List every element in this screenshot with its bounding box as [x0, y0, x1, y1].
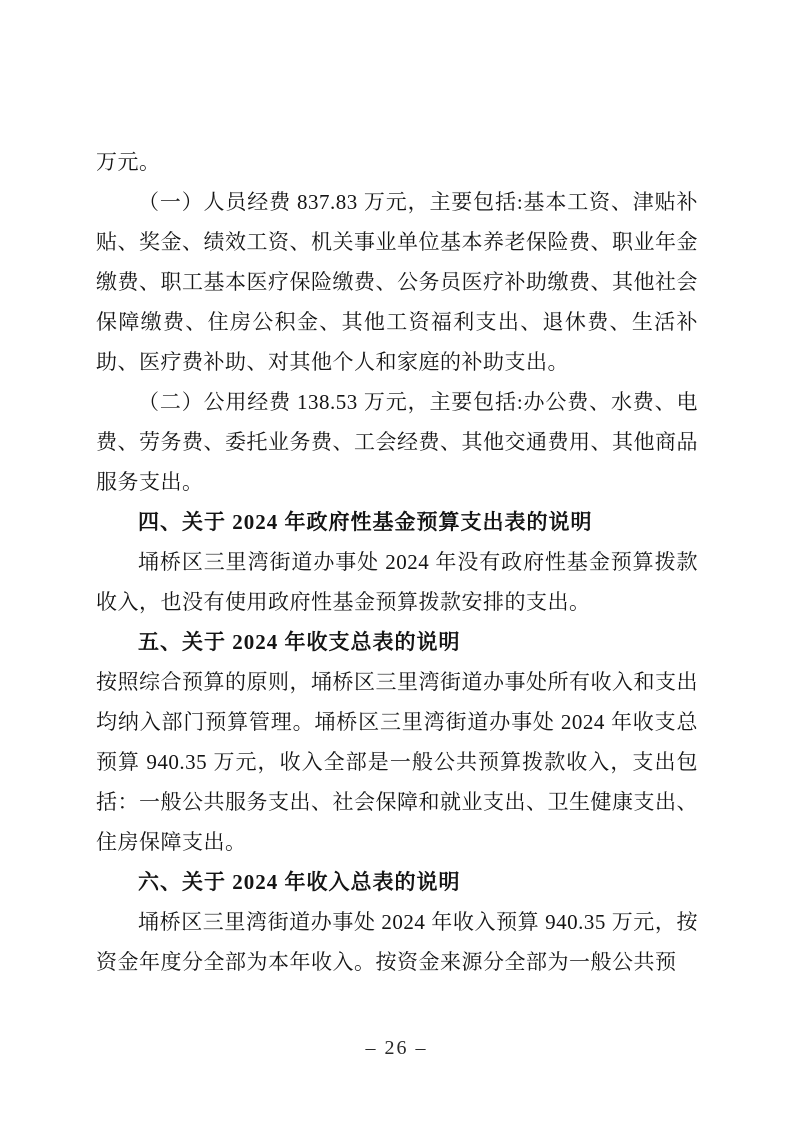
document-body: 万元。 （一）人员经费 837.83 万元，主要包括:基本工资、津贴补贴、奖金、… [96, 142, 698, 982]
page-number: – 26 – [366, 1037, 428, 1059]
document-page: 万元。 （一）人员经费 837.83 万元，主要包括:基本工资、津贴补贴、奖金、… [0, 0, 793, 1122]
page-footer: – 26 – [0, 1036, 793, 1060]
paragraph-budget-summary: 按照综合预算的原则，埇桥区三里湾街道办事处所有收入和支出均纳入部门预算管理。埇桥… [96, 662, 698, 862]
paragraph-govt-fund-note: 埇桥区三里湾街道办事处 2024 年没有政府性基金预算拨款收入，也没有使用政府性… [96, 542, 698, 622]
paragraph-public-expense: （二）公用经费 138.53 万元，主要包括:办公费、水费、电费、劳务费、委托业… [96, 382, 698, 502]
paragraph-continuation: 万元。 [96, 142, 698, 182]
paragraph-income-summary: 埇桥区三里湾街道办事处 2024 年收入预算 940.35 万元，按资金年度分全… [96, 902, 698, 982]
section-heading-6: 六、关于 2024 年收入总表的说明 [96, 862, 698, 902]
section-heading-5: 五、关于 2024 年收支总表的说明 [96, 622, 698, 662]
section-heading-4: 四、关于 2024 年政府性基金预算支出表的说明 [96, 502, 698, 542]
paragraph-personnel-expense: （一）人员经费 837.83 万元，主要包括:基本工资、津贴补贴、奖金、绩效工资… [96, 182, 698, 382]
